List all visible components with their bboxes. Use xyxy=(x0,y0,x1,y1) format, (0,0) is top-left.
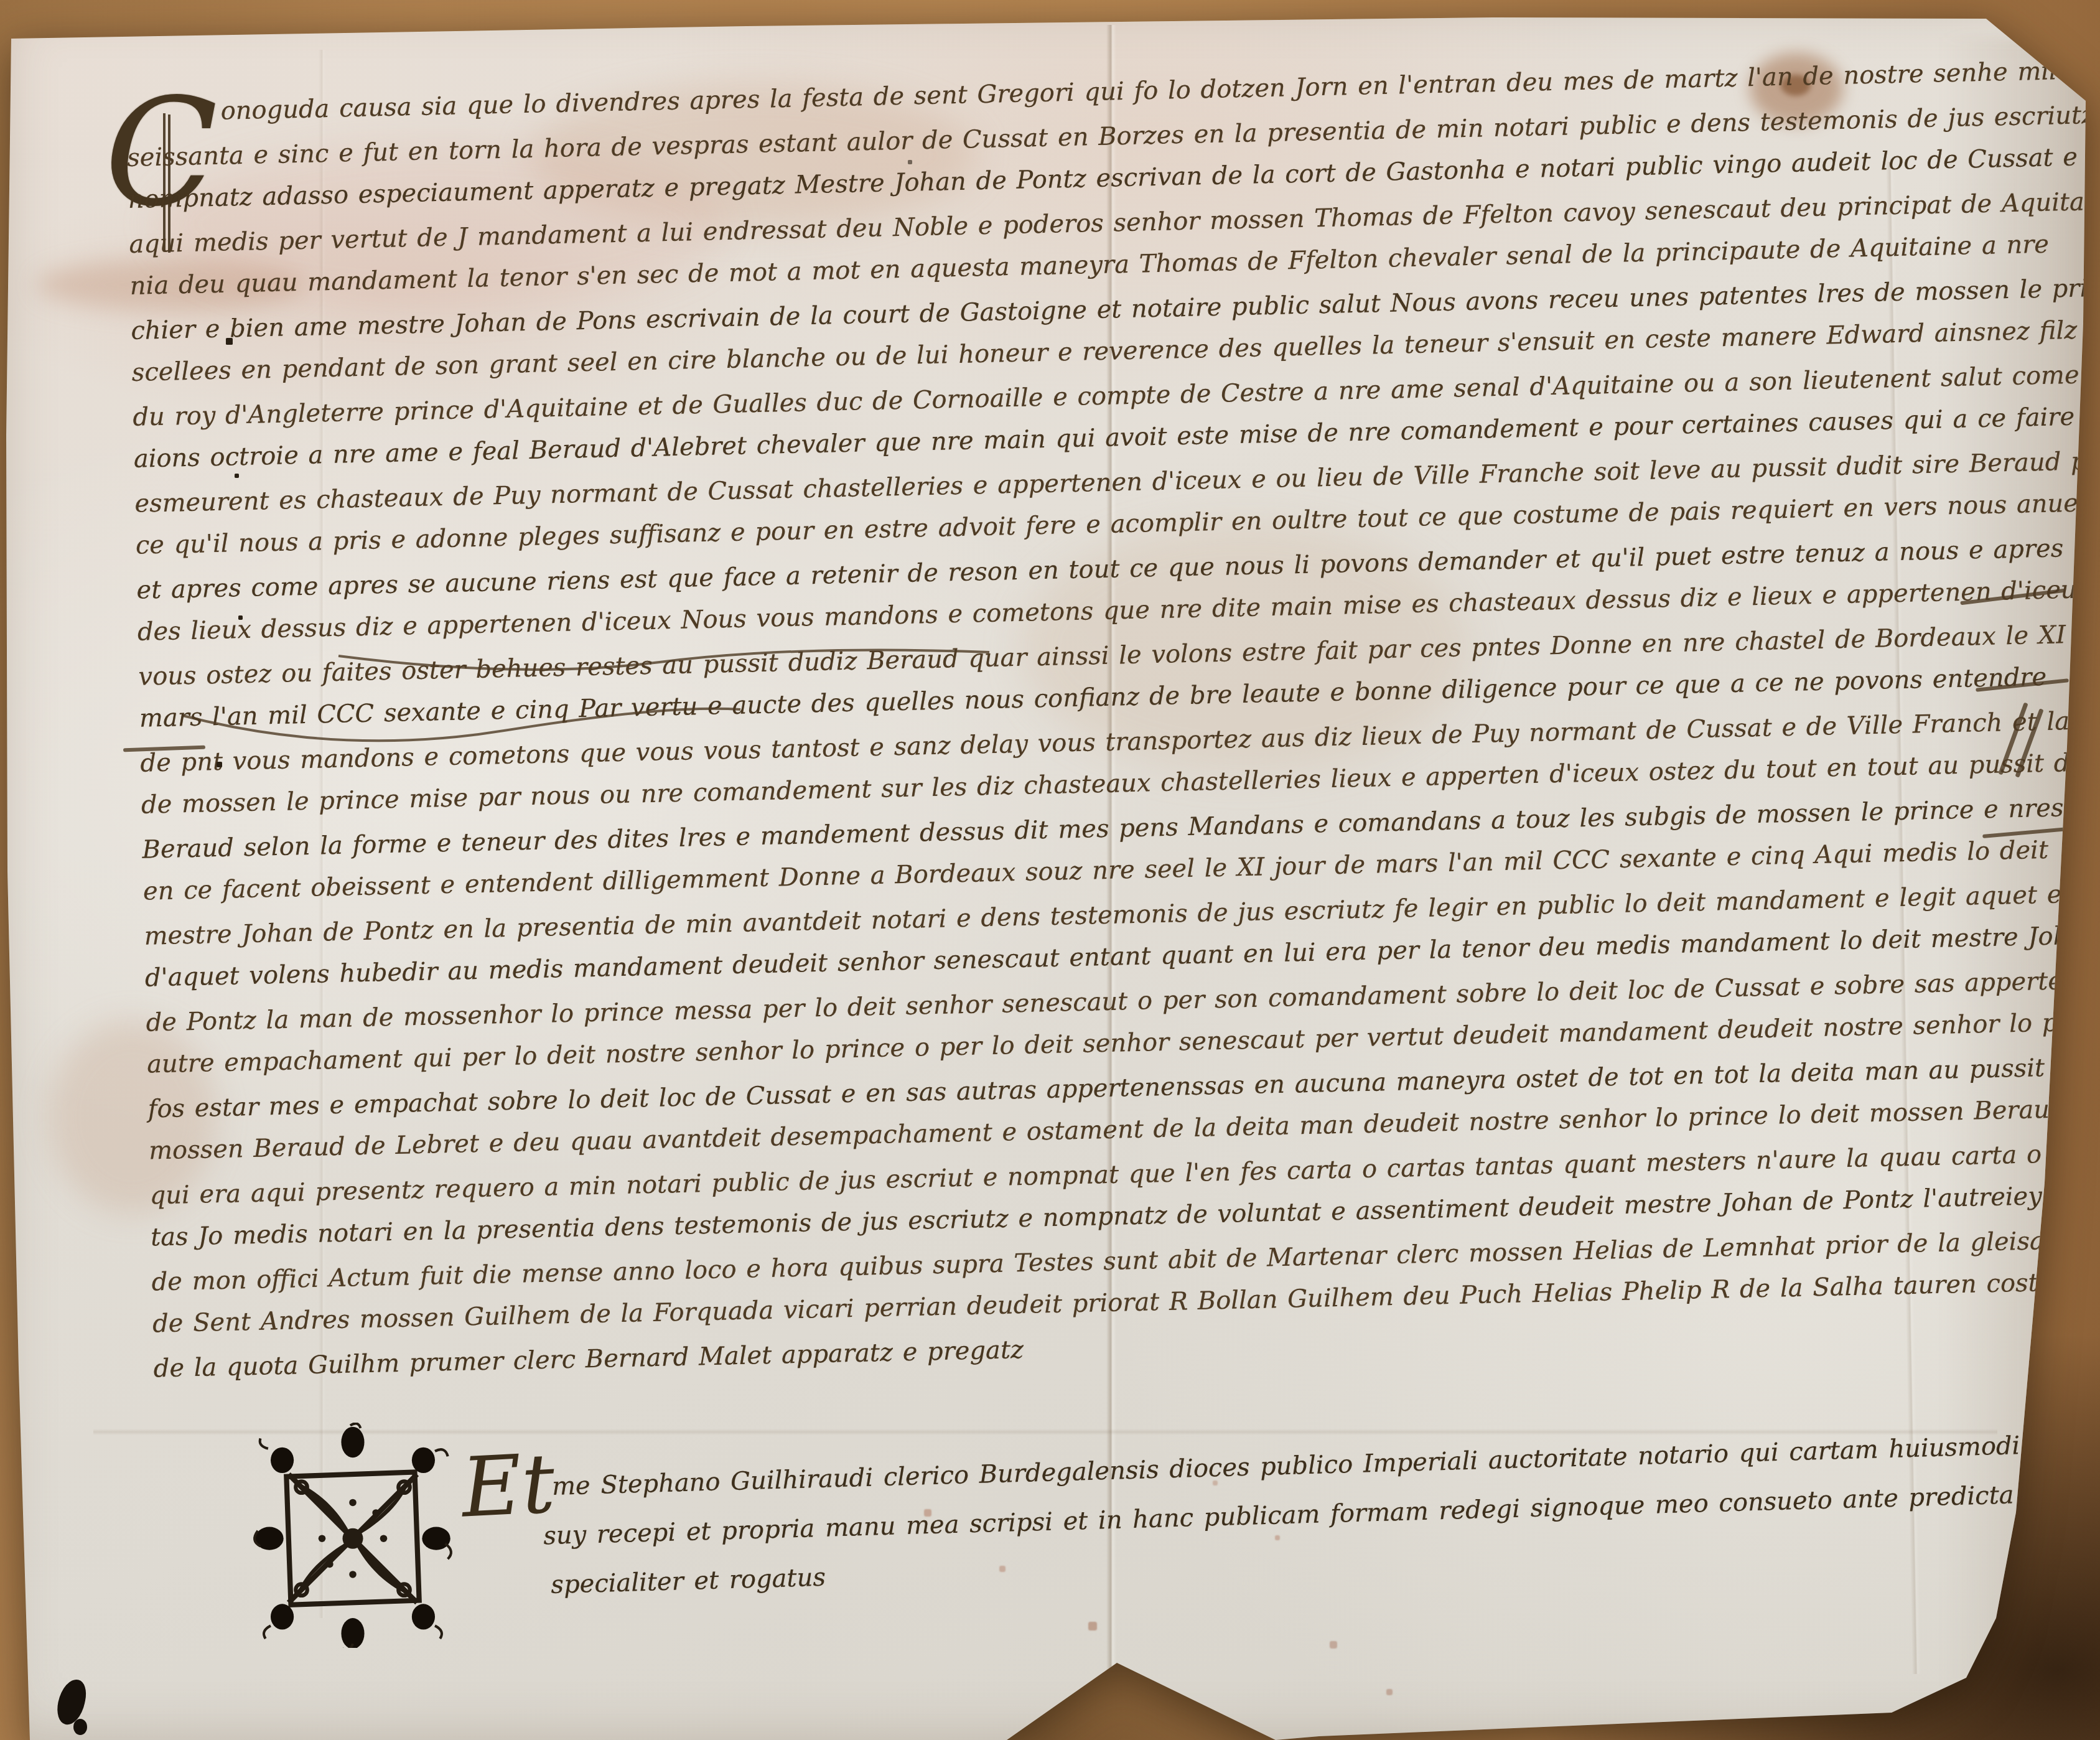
charter-text: onoguda causa sia que lo divendres apres… xyxy=(126,50,2058,1389)
notarial-subscription: me Stephano Guilhiraudi clerico Burdegal… xyxy=(551,1420,2061,1609)
ink-blot xyxy=(73,1719,87,1735)
parchment: C onoguda causa sia que lo divendres apr… xyxy=(0,0,2100,1740)
subscription-initial: Et xyxy=(460,1443,557,1530)
notarial-sign-icon xyxy=(250,1423,455,1648)
parchment-shadow: C onoguda causa sia que lo divendres apr… xyxy=(0,0,2100,1740)
ink-specks xyxy=(0,0,1,1)
photo-background: C onoguda causa sia que lo divendres apr… xyxy=(0,0,2100,1740)
stain-freckles xyxy=(0,0,1,1)
